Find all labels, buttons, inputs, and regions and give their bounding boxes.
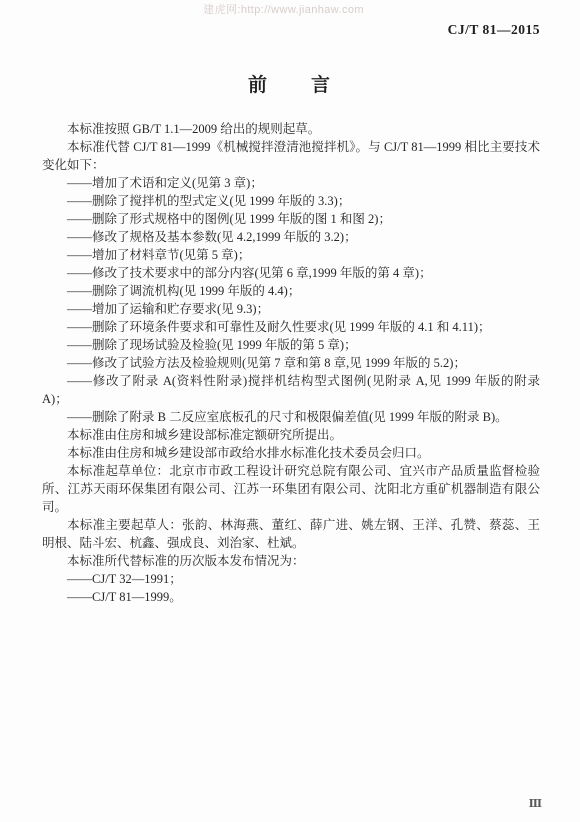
- foreword-paragraph: ——删除了形式规格中的图例(见 1999 年版的图 1 和图 2)；: [42, 210, 540, 228]
- standard-code: CJ/T 81—2015: [448, 22, 540, 38]
- foreword-paragraph: 本标准由住房和城乡建设部标准定额研究所提出。: [42, 426, 540, 444]
- foreword-paragraph: 本标准按照 GB/T 1.1—2009 给出的规则起草。: [42, 120, 540, 138]
- foreword-paragraph: ——删除了调流机构(见 1999 年版的 4.4)；: [42, 282, 540, 300]
- foreword-paragraph: ——增加了术语和定义(见第 3 章)；: [42, 174, 540, 192]
- document-page: 建虎网:http://www.jianhaw.com CJ/T 81—2015 …: [0, 0, 580, 822]
- foreword-paragraph: ——CJ/T 81—1999。: [42, 588, 540, 606]
- page-number: Ⅲ: [529, 797, 542, 810]
- foreword-paragraph: ——CJ/T 32—1991；: [42, 570, 540, 588]
- foreword-paragraph: ——增加了材料章节(见第 5 章)；: [42, 246, 540, 264]
- foreword-paragraph: 本标准代替 CJ/T 81—1999《机械搅拌澄清池搅拌机》。与 CJ/T 81…: [42, 138, 540, 174]
- foreword-paragraph: 本标准起草单位：北京市市政工程设计研究总院有限公司、宜兴市产品质量监督检验所、江…: [42, 462, 540, 516]
- foreword-paragraph: 本标准由住房和城乡建设部市政给水排水标准化技术委员会归口。: [42, 444, 540, 462]
- foreword-paragraph: ——修改了技术要求中的部分内容(见第 6 章,1999 年版的第 4 章)；: [42, 264, 540, 282]
- foreword-paragraph: ——修改了附录 A(资料性附录)搅拌机结构型式图例(见附录 A,见 1999 年…: [42, 372, 540, 408]
- page-title: 前 言: [0, 70, 580, 97]
- foreword-paragraph: 本标准主要起草人：张韵、林海燕、董红、薛广进、姚左钢、王洋、孔赞、蔡蕊、王明根、…: [42, 516, 540, 552]
- foreword-paragraph: ——删除了附录 B 二反应室底板孔的尺寸和极限偏差值(见 1999 年版的附录 …: [42, 408, 540, 426]
- foreword-paragraph: ——删除了现场试验及检验(见 1999 年版的第 5 章)；: [42, 336, 540, 354]
- foreword-paragraph: ——增加了运输和贮存要求(见 9.3)；: [42, 300, 540, 318]
- foreword-paragraph: ——删除了搅拌机的型式定义(见 1999 年版的 3.3)；: [42, 192, 540, 210]
- foreword-body: 本标准按照 GB/T 1.1—2009 给出的规则起草。本标准代替 CJ/T 8…: [42, 120, 540, 606]
- foreword-paragraph: ——修改了试验方法及检验规则(见第 7 章和第 8 章,见 1999 年版的 5…: [42, 354, 540, 372]
- foreword-paragraph: ——删除了环境条件要求和可靠性及耐久性要求(见 1999 年版的 4.1 和 4…: [42, 318, 540, 336]
- foreword-paragraph: 本标准所代替标准的历次版本发布情况为：: [42, 552, 540, 570]
- foreword-paragraph: ——修改了规格及基本参数(见 4.2,1999 年版的 3.2)；: [42, 228, 540, 246]
- watermark-text: 建虎网:http://www.jianhaw.com: [203, 1, 364, 17]
